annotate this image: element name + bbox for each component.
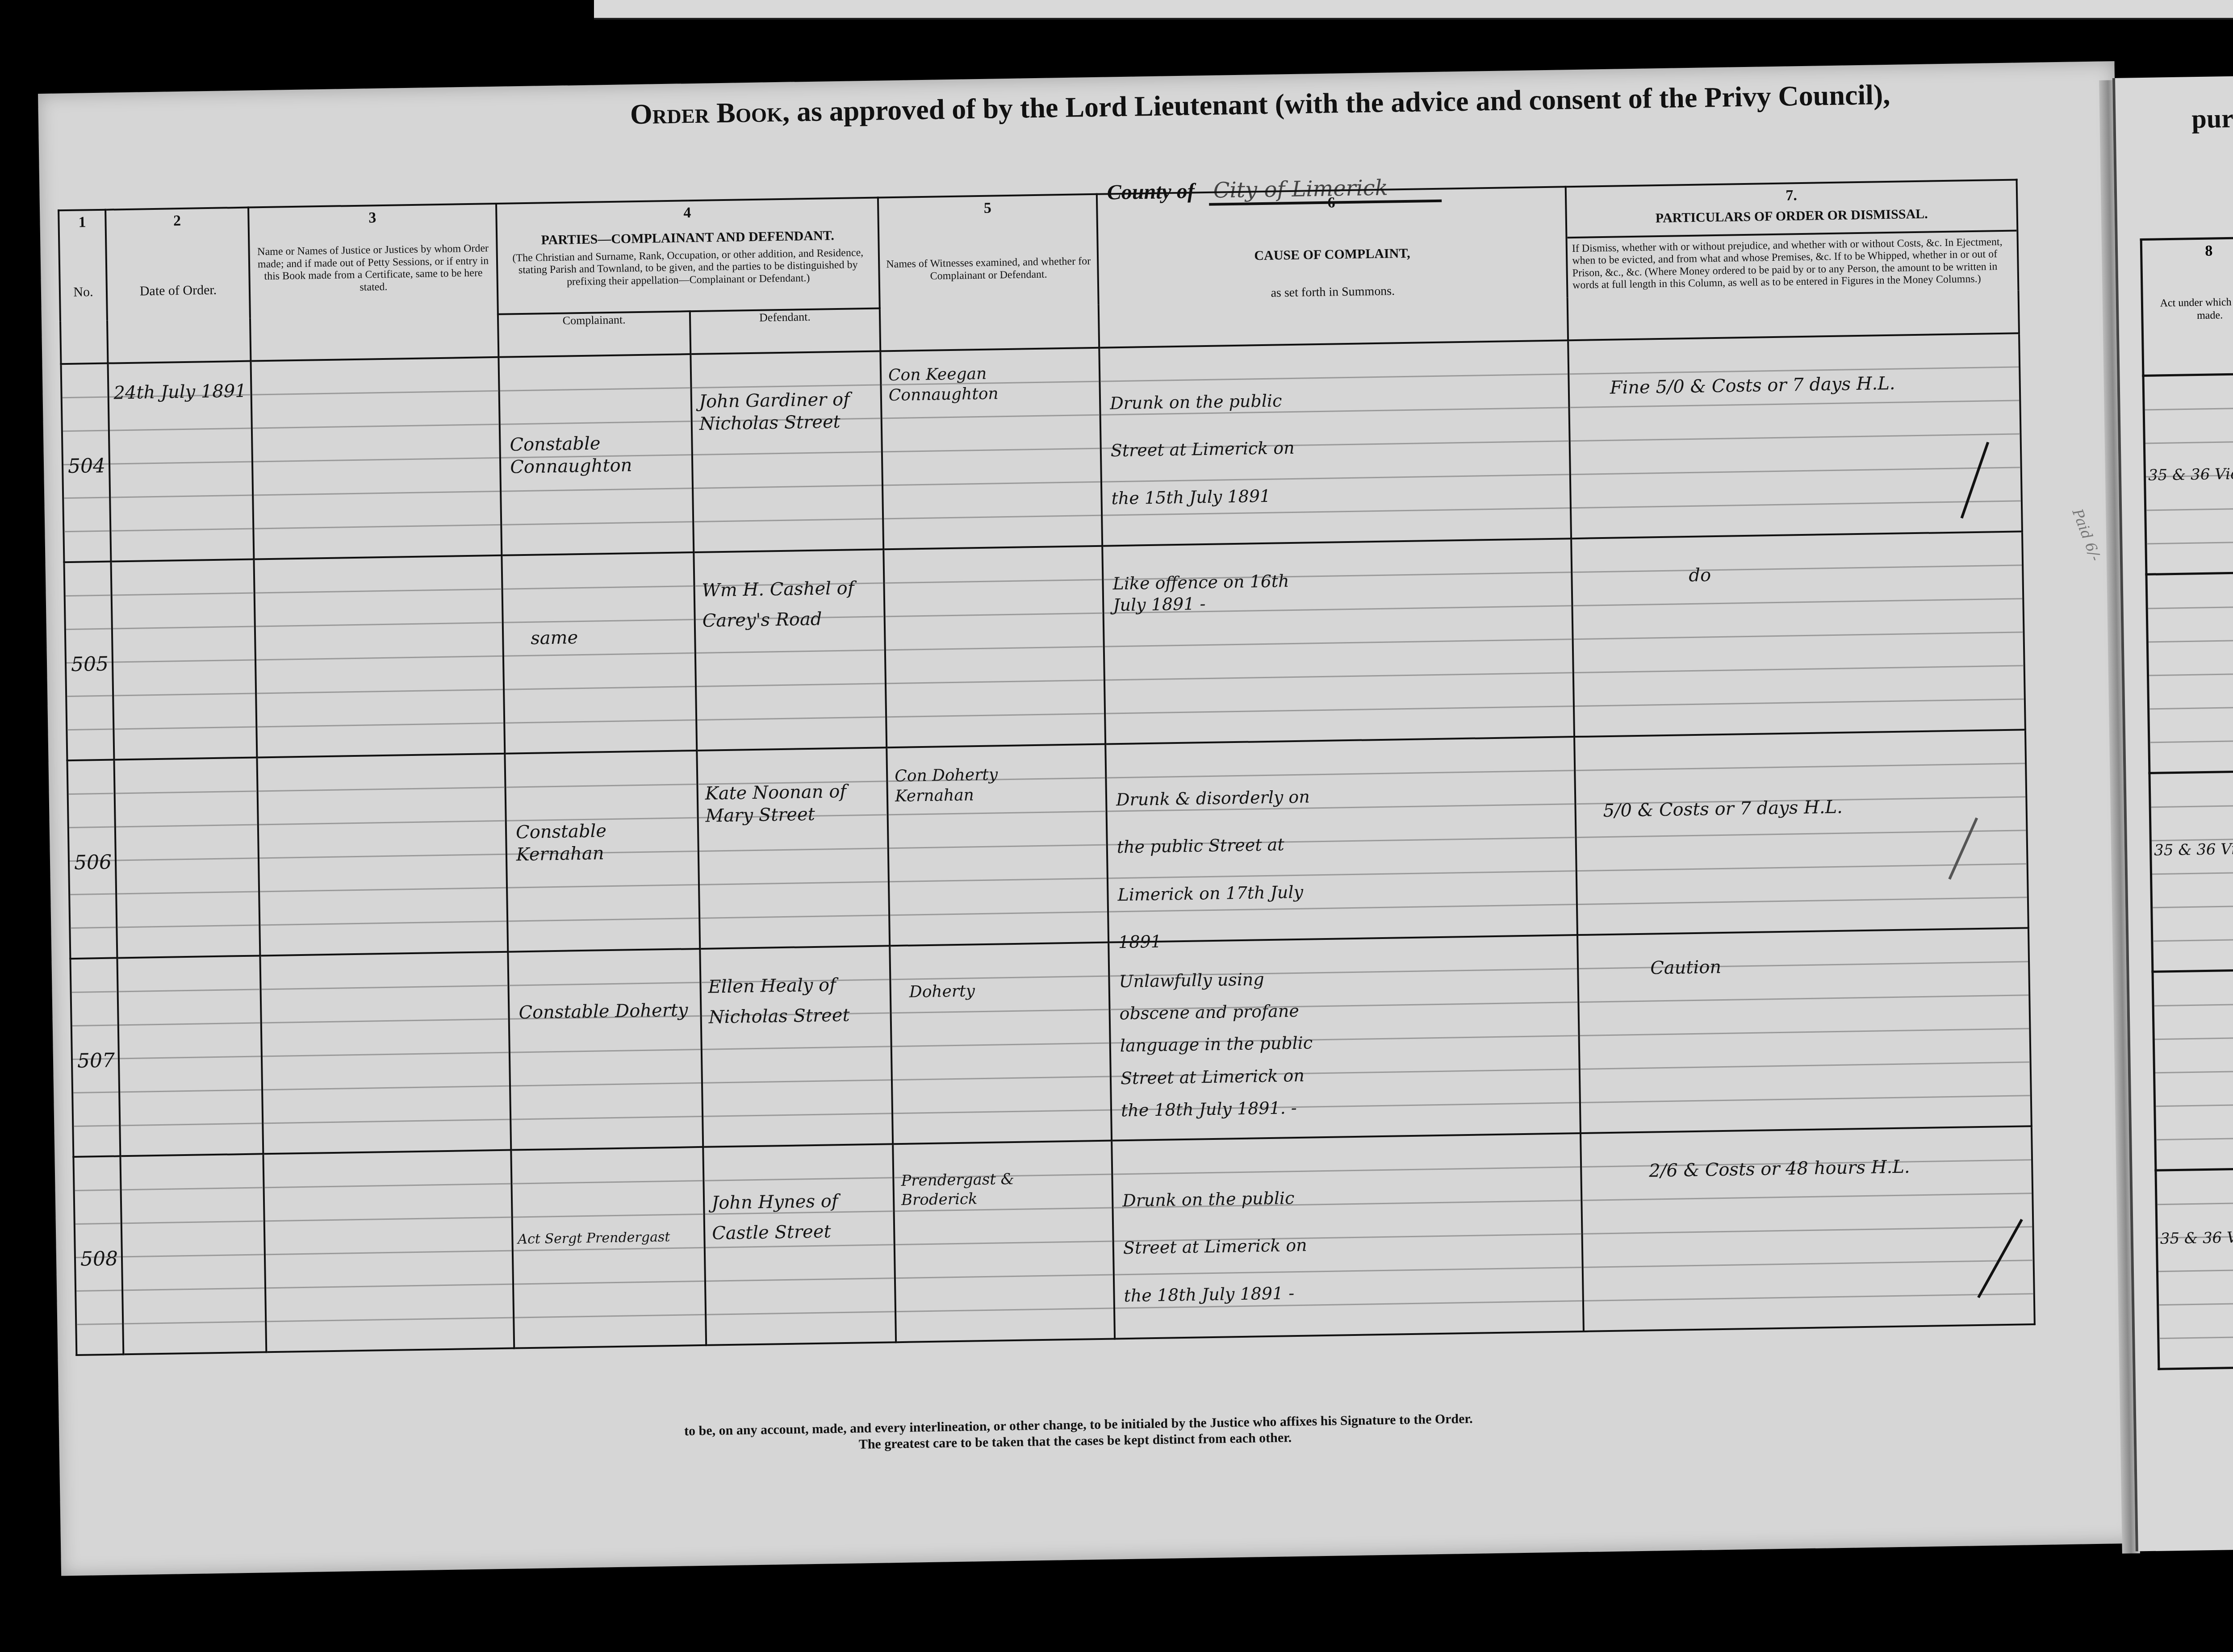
entry-complainant: Constable Kernahan xyxy=(516,818,695,866)
initial-mark-icon xyxy=(1977,1219,2023,1298)
initial-mark-icon xyxy=(1961,442,1990,518)
entry-defendant: Kate Noonan of Mary Street xyxy=(705,780,884,827)
col-num: 8 xyxy=(2142,241,2233,261)
cell-justice xyxy=(251,357,502,559)
cell-cause: Like offence on 16th July 1891 - xyxy=(1102,538,1574,744)
cell-order: Caution xyxy=(1577,928,2032,1133)
cell-act: 35 & 36 Vic xyxy=(2149,771,2233,972)
cell-complainant: same xyxy=(502,552,697,754)
col-num: 3 xyxy=(249,207,496,229)
entry-act: 35 & 36 Vic xyxy=(2154,840,2233,860)
cell-act: 35 & 36 Vic xyxy=(2143,374,2233,575)
col-num: 6 xyxy=(1098,190,1565,215)
cell-date xyxy=(111,559,257,760)
cell-defendant: John Gardiner of Nicholas Street xyxy=(690,351,883,552)
entry-complainant: Constable Connaughton xyxy=(510,431,689,478)
table-row: 506 Constable Kernahan Kate Noonan of Ma… xyxy=(67,730,2028,959)
cell-no: 508 xyxy=(73,1156,123,1355)
entry-cause: Drunk on the public Street at Limerick o… xyxy=(1122,1174,1334,1320)
entry-act: 35 & 36 Vic xyxy=(2160,1228,2233,1248)
col-num: 2 xyxy=(106,211,248,231)
cell-no: 504 xyxy=(61,363,111,563)
cell-order: do xyxy=(1571,531,2025,737)
table-row: 508 Act Sergt Prendergast John Hynes of … xyxy=(73,1126,2034,1355)
cell-act xyxy=(2146,572,2233,773)
header-row: 1 No. 2 Date of Order. 3 Name or Names o… xyxy=(59,179,2018,321)
entry-number: 505 xyxy=(71,652,109,677)
adjacent-page-edge xyxy=(594,0,2233,20)
cell-date: 24th July 1891 xyxy=(108,361,254,562)
cell-cause: Unlawfully using obscene and profane lan… xyxy=(1108,935,1581,1140)
page-footer: to be, on any account, made, and every i… xyxy=(684,1411,1473,1456)
cell-order: 5/0 & Costs or 7 days H.L. xyxy=(1574,730,2028,935)
cell-cause: Drunk & disorderly on the public Street … xyxy=(1105,737,1577,942)
entry-number: 504 xyxy=(68,454,106,479)
entry-witnesses: Doherty xyxy=(909,981,975,1002)
order-book-table: 1 No. 2 Date of Order. 3 Name or Names o… xyxy=(58,179,2036,1356)
entry-witnesses: Con Doherty Kernahan xyxy=(895,763,1074,806)
entry-defendant: John Gardiner of Nicholas Street xyxy=(699,388,878,435)
right-page-title: pursuant to Sec xyxy=(2191,101,2233,134)
right-page-table: 8 Act under which Order made. When and t… xyxy=(2140,234,2233,1370)
entry-date: 24th July 1891 xyxy=(113,380,247,405)
entry-cause: Drunk on the public Street at Limerick o… xyxy=(1109,376,1321,522)
entry-defendant: Wm H. Cashel of Carey's Road xyxy=(702,573,881,636)
col-label: Act under which Order made. xyxy=(2148,295,2233,323)
cell-date xyxy=(117,955,263,1156)
col-note: (The Christian and Surname, Rank, Occupa… xyxy=(502,246,874,289)
entry-number: 506 xyxy=(74,850,112,875)
col-cause-header: 6 CAUSE OF COMPLAINT, as set forth in Su… xyxy=(1097,187,1568,347)
entry-order: do xyxy=(1689,564,1711,587)
table-row: 505 same Wm H. Cashel of Carey's Road Li… xyxy=(64,531,2025,760)
entry-defendant: John Hynes of Castle Street xyxy=(711,1185,891,1248)
cell-no: 506 xyxy=(67,760,117,959)
cell-act xyxy=(2153,970,2233,1171)
cell-defendant: Ellen Healy of Nicholas Street xyxy=(700,946,893,1147)
cell-defendant: John Hynes of Castle Street xyxy=(703,1144,896,1345)
cell-no: 505 xyxy=(64,562,114,761)
col-particulars-header: 7. PARTICULARS OF ORDER OR DISMISSAL. If… xyxy=(1566,179,2019,340)
col-label: PARTICULARS OF ORDER OR DISMISSAL. xyxy=(1567,205,2017,238)
title-rest: as approved of by the Lord Lieutenant (w… xyxy=(789,79,1890,128)
entry-cause: Unlawfully using obscene and profane lan… xyxy=(1119,962,1331,1126)
entry-order: 2/6 & Costs or 48 hours H.L. xyxy=(1649,1154,2029,1182)
table-row: 504 24th July 1891 Constable Connaughton… xyxy=(61,333,2022,562)
col-justice-header: 3 Name or Names of Justice or Justices b… xyxy=(248,204,498,361)
table-row: 507 Constable Doherty Ellen Healy of Nic… xyxy=(70,928,2031,1157)
margin-note: Paid 6/- xyxy=(2069,506,2105,563)
col-num: 7. xyxy=(1567,183,2016,208)
entry-order: Fine 5/0 & Costs or 7 days H.L. xyxy=(1610,357,1990,413)
entry-complainant: Act Sergt Prendergast xyxy=(518,1228,706,1248)
cell-order: Fine 5/0 & Costs or 7 days H.L. xyxy=(1568,333,2022,538)
col-label: CAUSE OF COMPLAINT, xyxy=(1101,243,1563,266)
col-label: Date of Order. xyxy=(112,282,245,300)
cell-defendant: Kate Noonan of Mary Street xyxy=(697,747,890,949)
entry-cause: Like offence on 16th July 1891 - xyxy=(1112,570,1323,616)
title-order: Order xyxy=(630,97,709,130)
cell-justice xyxy=(257,754,508,956)
col-label: PARTIES—COMPLAINANT AND DEFENDANT. xyxy=(500,228,875,249)
cell-witnesses xyxy=(883,546,1105,748)
defendant-subheader: Defendant. xyxy=(690,309,880,354)
initial-mark-icon xyxy=(1948,818,1978,880)
col-no-header: 1 No. xyxy=(59,210,108,364)
col-num: 5 xyxy=(879,198,1096,219)
col-note: If Dismiss, whether with or without prej… xyxy=(1572,236,2013,292)
entry-complainant: Constable Doherty xyxy=(519,999,698,1024)
cell-complainant: Constable Kernahan xyxy=(505,751,700,952)
col-label: No. xyxy=(65,284,102,300)
cell-complainant: Act Sergt Prendergast xyxy=(511,1147,706,1348)
cell-justice xyxy=(263,1150,514,1352)
cell-date xyxy=(120,1154,266,1354)
cell-date xyxy=(114,757,260,958)
cell-witnesses: Doherty xyxy=(890,943,1112,1144)
entry-number: 507 xyxy=(77,1048,115,1073)
cell-order: 2/6 & Costs or 48 hours H.L. xyxy=(1581,1126,2035,1331)
col-parties-header: 4 PARTIES—COMPLAINANT AND DEFENDANT. (Th… xyxy=(496,197,880,314)
cell-no: 507 xyxy=(70,958,120,1157)
entry-witnesses: Con Keegan Connaughton xyxy=(888,363,1067,405)
cell-complainant: Constable Doherty xyxy=(508,949,703,1150)
cell-cause: Drunk on the public Street at Limerick o… xyxy=(1099,340,1571,546)
cell-complainant: Constable Connaughton xyxy=(498,354,694,555)
col-num: 1 xyxy=(59,213,105,232)
cell-witnesses: Con Doherty Kernahan xyxy=(887,744,1108,946)
cell-justice xyxy=(260,952,511,1154)
col-label: Names of Witnesses examined, and whether… xyxy=(884,255,1093,284)
col-num: 4 xyxy=(497,201,878,225)
page-title: Order Book, as approved of by the Lord L… xyxy=(630,78,1890,131)
cell-cause: Drunk on the public Street at Limerick o… xyxy=(1112,1133,1584,1339)
cell-justice xyxy=(254,555,505,758)
title-book: Book, xyxy=(716,96,790,129)
col-act-header: 8 Act under which Order made. xyxy=(2141,238,2233,376)
entry-order: Caution xyxy=(1650,956,1722,979)
entry-witnesses: Prendergast & Broderick xyxy=(901,1169,1080,1210)
entry-order: 5/0 & Costs or 7 days H.L. xyxy=(1603,793,2005,822)
cell-witnesses: Prendergast & Broderick xyxy=(893,1141,1115,1343)
entry-cause: Drunk & disorderly on the public Street … xyxy=(1116,773,1329,966)
cell-defendant: Wm H. Cashel of Carey's Road xyxy=(694,549,887,751)
col-note: as set forth in Summons. xyxy=(1104,281,1562,303)
cell-act: 35 & 36 Vic xyxy=(2156,1168,2233,1369)
cell-witnesses: Con Keegan Connaughton xyxy=(880,348,1102,550)
entry-act: 35 & 36 Vic xyxy=(2148,465,2233,485)
ledger-page-left: Order Book, as approved of by the Lord L… xyxy=(38,61,2138,1576)
complainant-subheader: Complainant. xyxy=(498,311,690,357)
col-witnesses-header: 5 Names of Witnesses examined, and wheth… xyxy=(878,194,1099,351)
col-label: Name or Names of Justice or Justices by … xyxy=(254,242,492,296)
entry-complainant: same xyxy=(531,626,578,650)
entry-number: 508 xyxy=(80,1247,118,1272)
entry-defendant: Ellen Healy of Nicholas Street xyxy=(708,969,887,1032)
col-date-header: 2 Date of Order. xyxy=(105,208,251,363)
